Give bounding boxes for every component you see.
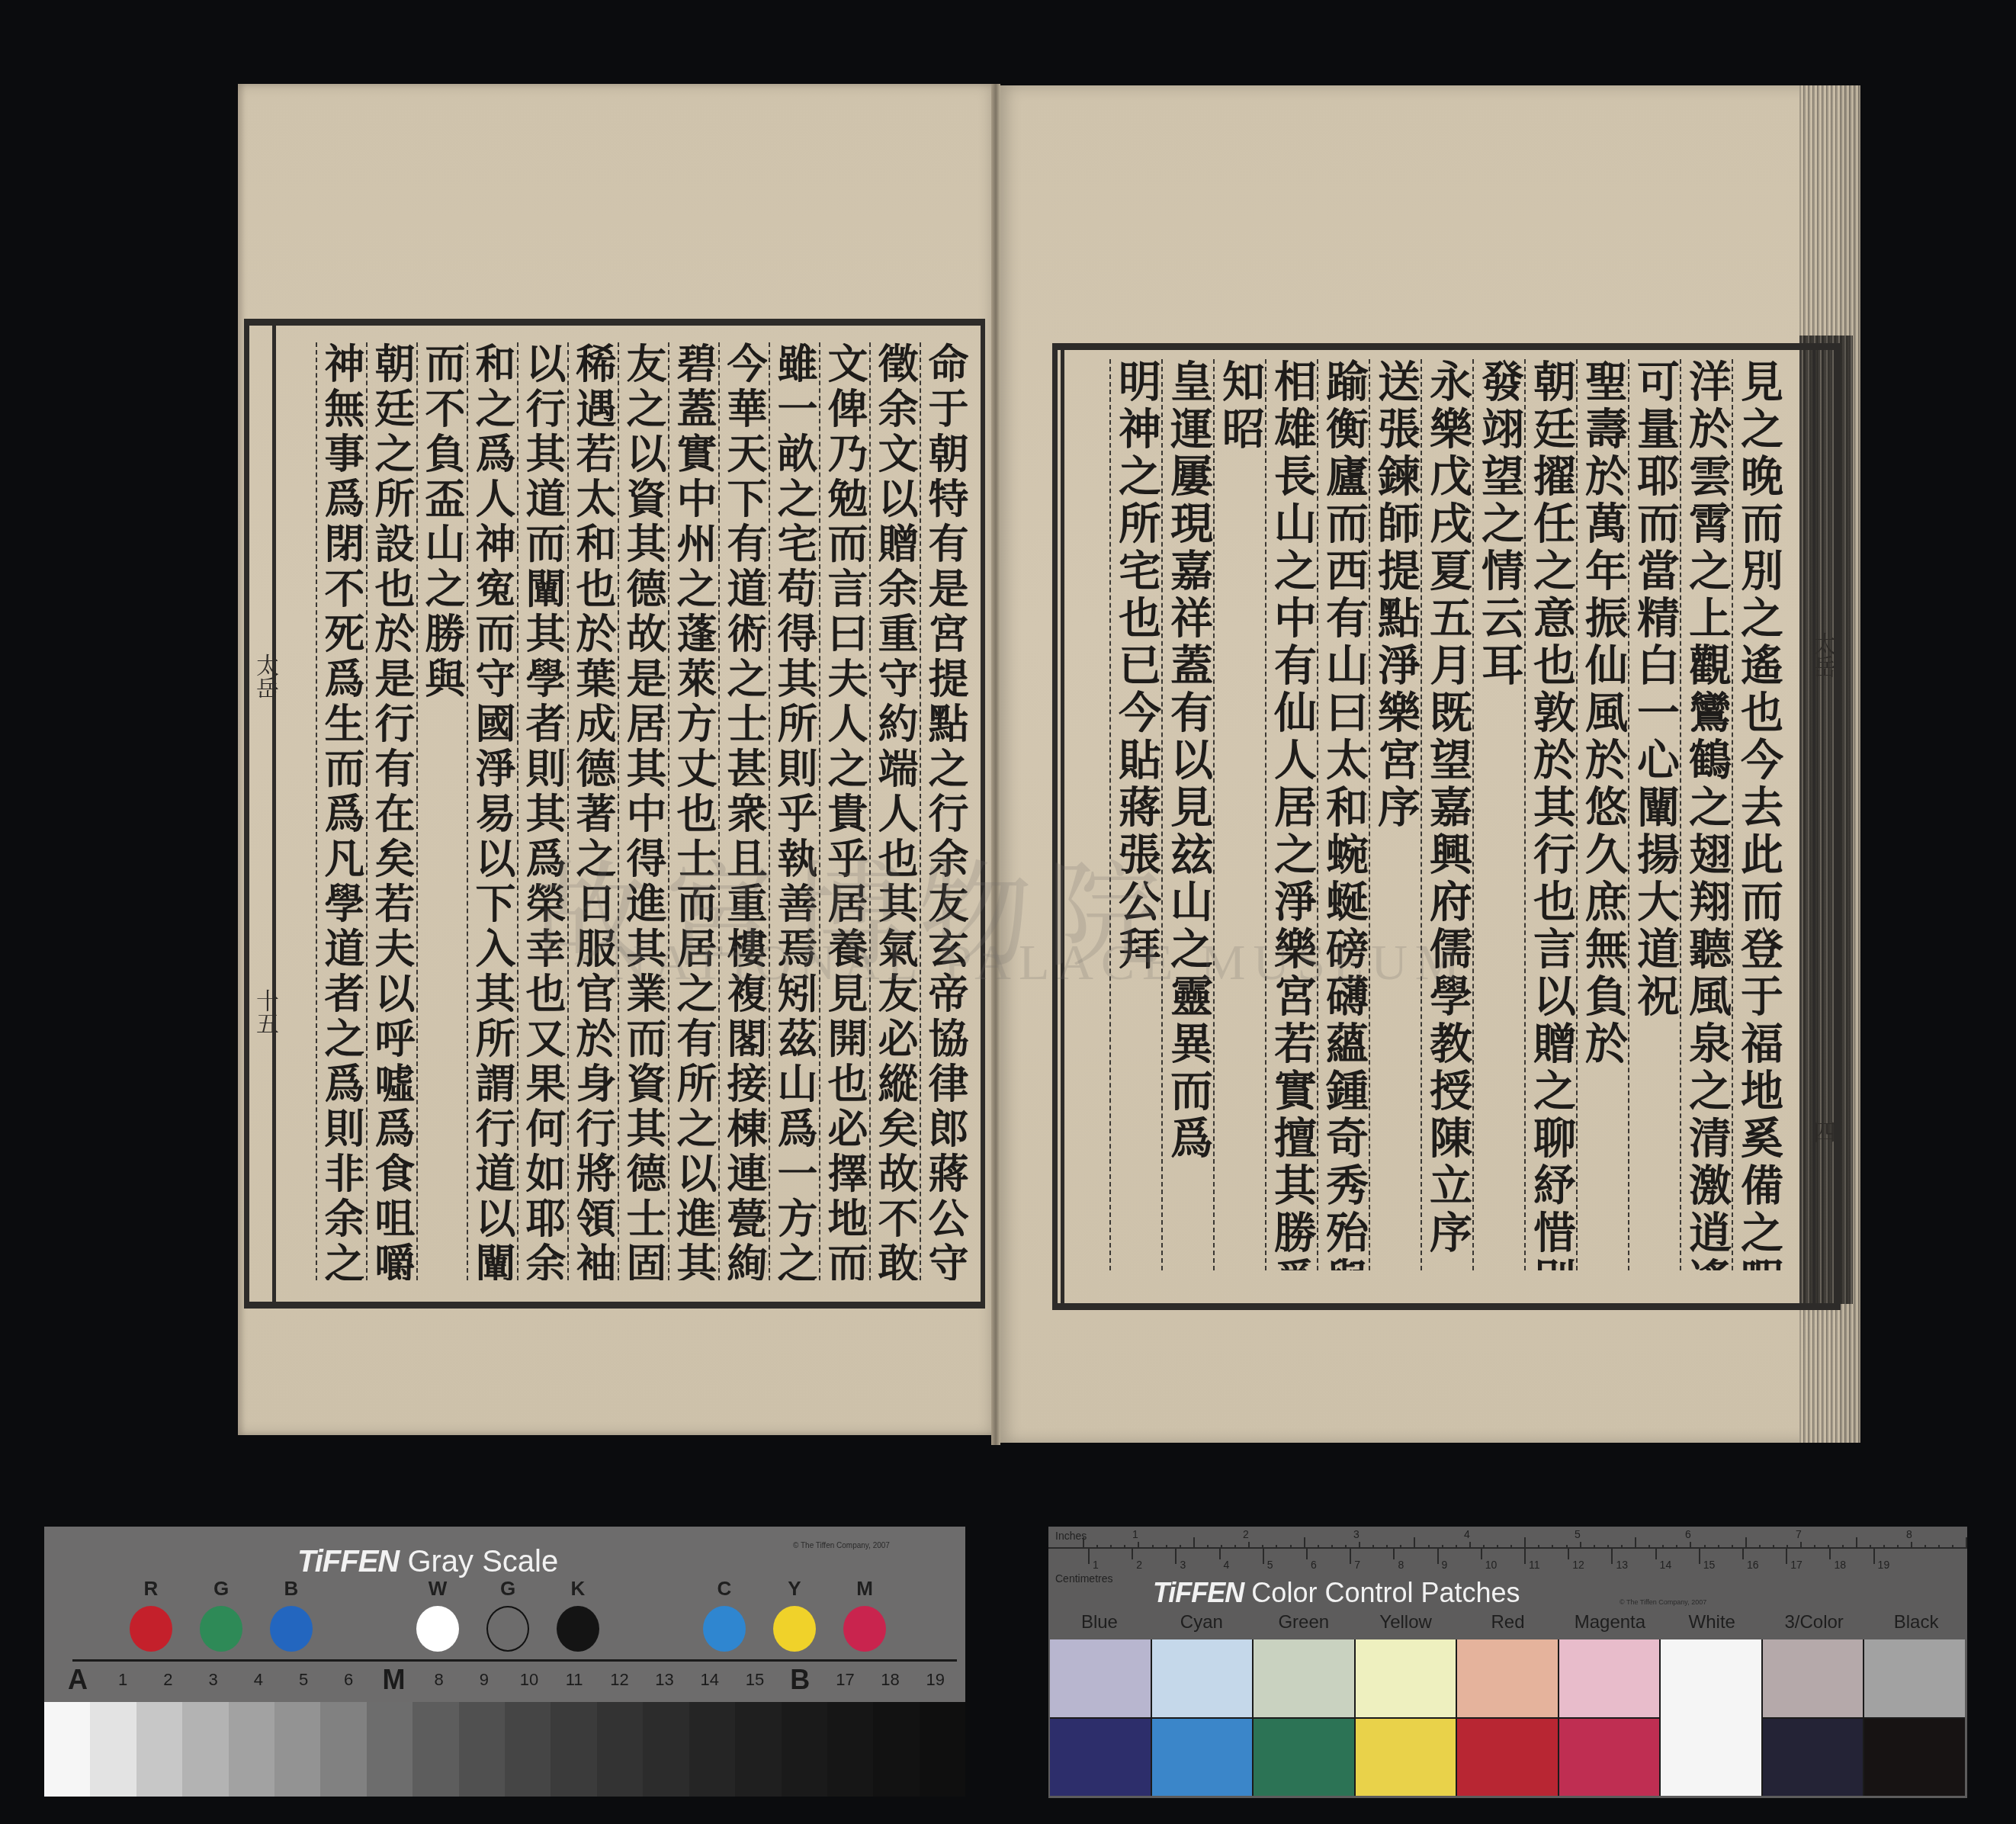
step-label: 6 bbox=[333, 1670, 364, 1690]
patch-light bbox=[1356, 1639, 1456, 1717]
ruler-inch-number: 8 bbox=[1906, 1528, 1912, 1540]
right-banxin-rule bbox=[1812, 350, 1815, 1303]
gray-step bbox=[320, 1702, 366, 1797]
patch-dark bbox=[1152, 1719, 1253, 1797]
patch-label: Cyan bbox=[1151, 1612, 1253, 1633]
ruler-tick-inch bbox=[1856, 1537, 1857, 1548]
gray-scale-title-text: Gray Scale bbox=[407, 1545, 558, 1578]
color-dot bbox=[557, 1606, 599, 1652]
ruler-tick-inch bbox=[1469, 1542, 1471, 1548]
gray-step bbox=[735, 1702, 781, 1797]
ruler-cm-number: 12 bbox=[1572, 1559, 1584, 1571]
gray-step bbox=[274, 1702, 320, 1797]
patch-label: Green bbox=[1253, 1612, 1355, 1633]
ruler-tick-cm bbox=[1611, 1549, 1613, 1564]
ruler-inch-number: 7 bbox=[1796, 1528, 1802, 1540]
ruler-tick-cm bbox=[1175, 1549, 1177, 1564]
color-patch-title: TiFFEN Color Control Patches bbox=[1153, 1577, 1520, 1609]
ruler-cm-number: 1 bbox=[1093, 1559, 1099, 1571]
patch-label: Red bbox=[1457, 1612, 1559, 1633]
text-column: 永樂戊戌夏五月既望嘉興府儒學教授陳立序 bbox=[1421, 359, 1472, 1270]
step-label: 3 bbox=[198, 1670, 229, 1690]
patch-light bbox=[1457, 1639, 1558, 1717]
gray-step bbox=[90, 1702, 136, 1797]
text-column: 徵余文以贈余重守約端人也其氣友必縱矣故不敢以不 bbox=[869, 342, 920, 1280]
text-column: 朝廷之所設也於是行有在矣若夫以呼噓爲食咀嚼爲 bbox=[366, 342, 416, 1280]
ruler-tick-inch bbox=[1704, 1545, 1706, 1549]
patch-light bbox=[1050, 1639, 1151, 1717]
ruler-cm-number: 6 bbox=[1311, 1559, 1317, 1571]
ruler-tick-inch bbox=[1193, 1537, 1195, 1548]
ruler-tick-inch bbox=[1594, 1545, 1595, 1549]
text-column: 友之以資其德故是居其中得進其業而資其德士固以爲 bbox=[618, 342, 668, 1280]
step-label: 9 bbox=[469, 1670, 499, 1690]
ruler-tick-inch bbox=[1510, 1545, 1512, 1549]
ruler-tick-inch bbox=[1290, 1545, 1292, 1549]
step-label: 15 bbox=[740, 1670, 770, 1690]
text-column: 發翊望之情云耳 bbox=[1472, 359, 1524, 1270]
gray-scale-title: TiFFEN Gray Scale bbox=[297, 1545, 558, 1579]
ruler-tick-inch bbox=[1524, 1537, 1526, 1548]
patch-dark bbox=[1356, 1719, 1456, 1797]
ruler-tick-inch bbox=[1497, 1545, 1498, 1549]
ruler-cm-number: 15 bbox=[1703, 1559, 1716, 1571]
ruler-tick-inch bbox=[1207, 1545, 1209, 1549]
ruler-tick-inch bbox=[1759, 1545, 1761, 1549]
ruler-tick-cm bbox=[1655, 1549, 1657, 1559]
patch-light bbox=[1152, 1639, 1253, 1717]
gray-step bbox=[689, 1702, 735, 1797]
ruler-tick-inch bbox=[1621, 1545, 1623, 1549]
ruler-tick-inch bbox=[1166, 1545, 1167, 1549]
ruler-tick-inch bbox=[1180, 1545, 1181, 1549]
ruler-tick-inch bbox=[1870, 1545, 1871, 1549]
ruler-cm-number: 19 bbox=[1878, 1559, 1890, 1571]
ruler-tick-inch bbox=[1966, 1537, 1967, 1548]
gray-step bbox=[413, 1702, 458, 1797]
ruler-tick-cm bbox=[1306, 1549, 1308, 1559]
gray-step bbox=[597, 1702, 643, 1797]
gray-step bbox=[505, 1702, 551, 1797]
dot-label: Y bbox=[779, 1577, 810, 1601]
ruler-tick-inch bbox=[1635, 1537, 1636, 1548]
step-label: 10 bbox=[514, 1670, 544, 1690]
ruler-tick-inch bbox=[1648, 1545, 1650, 1549]
step-label: 12 bbox=[604, 1670, 634, 1690]
step-label: B bbox=[785, 1664, 815, 1696]
right-page-text-columns: 見之晚而別之遙也今去此而登于福地奚備之暇踏上洋 洋於雲霄之上觀鸞鶴之翅翔聽風泉之… bbox=[1109, 359, 1783, 1270]
color-patch-title-text: Color Control Patches bbox=[1251, 1577, 1520, 1608]
ruler-tick-inch bbox=[1897, 1545, 1899, 1549]
text-column: 明神之所宅也已今貼蔣張公拜 bbox=[1109, 359, 1161, 1270]
dot-label: G bbox=[493, 1577, 523, 1601]
right-banxin-title: 太岳 bbox=[1805, 632, 1838, 678]
patch-dark bbox=[1457, 1719, 1558, 1797]
ruler-tick-cm bbox=[1699, 1549, 1700, 1564]
ruler-inch-number: 6 bbox=[1685, 1528, 1691, 1540]
gray-step bbox=[367, 1702, 413, 1797]
ruler-tick-cm bbox=[1742, 1549, 1744, 1559]
gray-step bbox=[136, 1702, 182, 1797]
ruler-tick-inch bbox=[1690, 1542, 1691, 1548]
ruler-cm-number: 11 bbox=[1529, 1559, 1540, 1571]
step-label: 8 bbox=[424, 1670, 454, 1690]
right-folio-number: 四 bbox=[1805, 1120, 1838, 1143]
step-label: 11 bbox=[559, 1670, 589, 1690]
ruler-tick-cm bbox=[1481, 1549, 1482, 1559]
ruler-tick-inch bbox=[1276, 1545, 1277, 1549]
ruler-tick-inch bbox=[1331, 1545, 1333, 1549]
left-page-text-frame: 太岳 十五 命于朝特有是宮提點之行余友玄帝協律郎蔣公守約來 徵余文以贈余重守約端… bbox=[244, 319, 985, 1309]
patch-label: Yellow bbox=[1355, 1612, 1457, 1633]
color-dot bbox=[130, 1606, 172, 1652]
ruler-tick-inch bbox=[1483, 1545, 1485, 1549]
ruler-tick-cm bbox=[1786, 1549, 1787, 1564]
ruler-tick-inch bbox=[1676, 1545, 1677, 1549]
ruler-cm-number: 5 bbox=[1267, 1559, 1273, 1571]
ruler-tick-inch bbox=[1607, 1545, 1609, 1549]
ruler-tick-cm bbox=[1873, 1549, 1875, 1564]
ruler-inch-number: 5 bbox=[1575, 1528, 1581, 1540]
book-gutter bbox=[991, 84, 1000, 1445]
ruler-tick-inch bbox=[1814, 1545, 1815, 1549]
gray-step bbox=[459, 1702, 505, 1797]
ruler-tick-cm bbox=[1263, 1549, 1264, 1564]
step-label: 13 bbox=[650, 1670, 680, 1690]
ruler-tick-inch bbox=[1083, 1537, 1084, 1548]
ruler-tick-cm bbox=[1437, 1549, 1439, 1564]
ruler-tick-inch bbox=[1580, 1542, 1581, 1548]
ruler-tick-inch bbox=[1400, 1545, 1401, 1549]
ruler-tick-cm bbox=[1568, 1549, 1569, 1559]
tiffen-logo: TiFFEN bbox=[297, 1545, 399, 1578]
step-label: 14 bbox=[695, 1670, 725, 1690]
patch-light bbox=[1661, 1639, 1761, 1796]
ruler-tick-inch bbox=[1318, 1545, 1319, 1549]
left-page-text-columns: 命于朝特有是宮提點之行余友玄帝協律郎蔣公守約來 徵余文以贈余重守約端人也其氣友必… bbox=[316, 342, 970, 1280]
color-dot bbox=[486, 1606, 529, 1652]
color-dot bbox=[843, 1606, 886, 1652]
gray-scale-divider bbox=[72, 1659, 957, 1662]
text-column: 相雄長山之中有仙人居之淨樂宮若實擅其勝爲遊者 bbox=[1265, 359, 1317, 1270]
text-column: 踰衡廬而西有山曰太和蜿蜒磅礴蘊鍾奇秀殆與五岳 bbox=[1317, 359, 1369, 1270]
ruler-tick-cm bbox=[1219, 1549, 1221, 1559]
color-dot bbox=[200, 1606, 242, 1652]
step-label: 19 bbox=[920, 1670, 951, 1690]
ruler-tick-cm bbox=[1132, 1549, 1133, 1559]
ruler-tick-inch bbox=[1842, 1545, 1844, 1549]
gray-step bbox=[44, 1702, 90, 1797]
step-label: 18 bbox=[875, 1670, 906, 1690]
ruler-inch-number: 1 bbox=[1132, 1528, 1138, 1540]
dot-label: K bbox=[563, 1577, 593, 1601]
step-label: 2 bbox=[152, 1670, 183, 1690]
ruler-inch-number: 2 bbox=[1243, 1528, 1249, 1540]
patch-dark bbox=[1763, 1719, 1864, 1797]
ruler-tick-inch bbox=[1552, 1545, 1553, 1549]
ruler-tick-inch bbox=[1124, 1545, 1125, 1549]
ruler-tick-inch bbox=[1359, 1542, 1360, 1548]
ruler-cm-number: 2 bbox=[1136, 1559, 1142, 1571]
color-patch-labels: BlueCyanGreenYellowRedMagentaWhite3/Colo… bbox=[1048, 1612, 1967, 1633]
ruler-tick-inch bbox=[1345, 1545, 1347, 1549]
color-dot bbox=[703, 1606, 746, 1652]
dot-label: C bbox=[709, 1577, 740, 1601]
ruler-tick-inch bbox=[1110, 1545, 1112, 1549]
step-label: 5 bbox=[288, 1670, 319, 1690]
ruler-tick-inch bbox=[1883, 1545, 1885, 1549]
dot-label: M bbox=[849, 1577, 880, 1601]
ruler-cm-number: 10 bbox=[1485, 1559, 1498, 1571]
dot-label: G bbox=[206, 1577, 236, 1601]
patch-light bbox=[1864, 1639, 1965, 1717]
text-column: 洋於雲霄之上觀鸞鶴之翅翔聽風泉之清激逍遙之樂詎 bbox=[1680, 359, 1732, 1270]
patch-dark bbox=[1864, 1719, 1965, 1797]
color-patch-copyright: © The Tiffen Company, 2007 bbox=[1620, 1598, 1706, 1606]
ruler-tick-inch bbox=[1800, 1542, 1802, 1548]
ruler-tick-inch bbox=[1911, 1542, 1912, 1548]
gray-scale-steps bbox=[44, 1702, 965, 1797]
step-label: 4 bbox=[243, 1670, 274, 1690]
color-patch-grid bbox=[1050, 1639, 1965, 1796]
patch-light bbox=[1763, 1639, 1864, 1717]
patch-dark bbox=[1559, 1719, 1660, 1797]
ruler-tick-inch bbox=[1372, 1545, 1374, 1549]
patch-light bbox=[1559, 1639, 1660, 1717]
ruler-cm-number: 18 bbox=[1834, 1559, 1846, 1571]
text-column: 稀遇若太和也於葉成德著之日服官於身行將領袖真徒 bbox=[567, 342, 618, 1280]
ruler-tick-inch bbox=[1745, 1537, 1747, 1548]
left-banxin-rule bbox=[272, 326, 276, 1302]
ruler-tick-inch bbox=[1456, 1545, 1457, 1549]
ruler-tick-inch bbox=[1442, 1545, 1443, 1549]
ruler-tick-inch bbox=[1662, 1545, 1664, 1549]
ruler-tick-cm bbox=[1350, 1549, 1351, 1564]
ruler-cm-number: 9 bbox=[1442, 1559, 1448, 1571]
text-column: 今華天下有道術之士甚衆且重樓複閣接棟連甍絢爛金 bbox=[718, 342, 769, 1280]
tiffen-logo: TiFFEN bbox=[1153, 1577, 1244, 1608]
gray-step bbox=[873, 1702, 919, 1797]
color-dot bbox=[416, 1606, 459, 1652]
ruler-tick-inch bbox=[1732, 1545, 1733, 1549]
text-column: 皇運屢現嘉祥蓋有以見玆山之靈異而爲 bbox=[1161, 359, 1213, 1270]
ruler-tick-cm bbox=[1829, 1549, 1831, 1559]
ruler-tick-inch bbox=[1538, 1545, 1539, 1549]
ruler-tick-inch bbox=[1096, 1545, 1098, 1549]
text-column: 朝廷擢任之意也敦於其行也言以贈之聊紓惜別之意以 bbox=[1524, 359, 1576, 1270]
gray-step bbox=[920, 1702, 965, 1797]
ruler-tick-inch bbox=[1952, 1545, 1953, 1549]
patch-dark bbox=[1050, 1719, 1151, 1797]
ruler-cm-number: 14 bbox=[1660, 1559, 1672, 1571]
dot-label: W bbox=[422, 1577, 453, 1601]
ruler-cm-number: 8 bbox=[1398, 1559, 1404, 1571]
ruler-tick-cm bbox=[1088, 1549, 1090, 1564]
step-label: M bbox=[378, 1664, 409, 1696]
gray-step bbox=[229, 1702, 274, 1797]
text-column: 文俾乃勉而言曰夫人之貴乎居養見開也必擇地而處之 bbox=[819, 342, 869, 1280]
text-column: 雖一畝之宅苟得其所則乎執善焉矧茲山爲一方之具瞻 bbox=[769, 342, 819, 1280]
text-column: 以行其道而闡其學者則其爲榮幸也又果何如耶余聞太 bbox=[517, 342, 567, 1280]
ruler-tick-inch bbox=[1248, 1542, 1250, 1548]
patch-light bbox=[1254, 1639, 1354, 1717]
ruler-tick-inch bbox=[1234, 1545, 1236, 1549]
color-dot bbox=[773, 1606, 816, 1652]
gray-step bbox=[782, 1702, 827, 1797]
step-label: A bbox=[63, 1664, 93, 1696]
patch-label: Blue bbox=[1048, 1612, 1151, 1633]
gray-scale-copyright: © The Tiffen Company, 2007 bbox=[793, 1542, 890, 1550]
text-column: 見之晚而別之遙也今去此而登于福地奚備之暇踏上洋 bbox=[1732, 359, 1783, 1270]
text-column: 可量耶而當精白一心闡揚大道祝 bbox=[1628, 359, 1680, 1270]
ruler-cm-number: 13 bbox=[1616, 1559, 1628, 1571]
ruler-tick-inch bbox=[1566, 1545, 1568, 1549]
gray-step bbox=[827, 1702, 873, 1797]
text-column: 送張鍊師提點淨樂宮序 bbox=[1369, 359, 1421, 1270]
ruler-inch-number: 3 bbox=[1353, 1528, 1360, 1540]
gray-step bbox=[182, 1702, 228, 1797]
text-column: 神無事爲閉不死爲生而爲凡學道者之爲則非余之所望 bbox=[316, 342, 366, 1280]
ruler-tick-inch bbox=[1925, 1545, 1926, 1549]
text-column: 而不負盃山之勝與 bbox=[416, 342, 467, 1280]
patch-dark bbox=[1254, 1719, 1354, 1797]
museum-watermark-subtext: NATIONAL PALACE MUSEUM bbox=[610, 934, 1468, 992]
ruler-tick-inch bbox=[1386, 1545, 1388, 1549]
text-column: 知昭 bbox=[1213, 359, 1265, 1270]
ruler-cm-number: 3 bbox=[1180, 1559, 1186, 1571]
text-column: 命于朝特有是宮提點之行余友玄帝協律郎蔣公守約來 bbox=[920, 342, 970, 1280]
color-dot bbox=[270, 1606, 313, 1652]
ruler-tick-cm bbox=[1524, 1549, 1526, 1564]
patch-label: White bbox=[1661, 1612, 1763, 1633]
ruler-cm-label: Centimetres bbox=[1055, 1572, 1112, 1585]
ruler-cm-number: 16 bbox=[1747, 1559, 1759, 1571]
patch-label: Magenta bbox=[1559, 1612, 1661, 1633]
ruler-tick-inch bbox=[1718, 1545, 1719, 1549]
text-column: 和之爲人神寃而守國淨易以下入其所謂行道以闡其學 bbox=[467, 342, 517, 1280]
dot-label: B bbox=[276, 1577, 307, 1601]
left-banxin-title: 太岳 bbox=[248, 653, 281, 699]
ruler-tick-inch bbox=[1221, 1545, 1222, 1549]
dot-label: R bbox=[136, 1577, 166, 1601]
step-label: 17 bbox=[830, 1670, 860, 1690]
ruler-cm-number: 4 bbox=[1224, 1559, 1230, 1571]
patch-label: 3/Color bbox=[1763, 1612, 1865, 1633]
ruler-tick-inch bbox=[1938, 1545, 1940, 1549]
text-column: 碧蓋實中州之蓬萊方丈也士而居之有所之以進其業有 bbox=[668, 342, 718, 1280]
ruler-tick-cm bbox=[1393, 1549, 1395, 1559]
ruler-cm-number: 17 bbox=[1790, 1559, 1803, 1571]
ruler-tick-inch bbox=[1773, 1545, 1774, 1549]
ruler-tick-inch bbox=[1152, 1545, 1154, 1549]
text-column: 聖壽於萬年振仙風於悠久庶無負於 bbox=[1576, 359, 1628, 1270]
ruler-tick-inch bbox=[1428, 1545, 1430, 1549]
patch-label: Black bbox=[1865, 1612, 1967, 1633]
ruler-cm-number: 7 bbox=[1354, 1559, 1360, 1571]
gray-step bbox=[551, 1702, 596, 1797]
left-folio-number: 十五 bbox=[248, 989, 281, 1035]
ruler-tick-inch bbox=[1304, 1537, 1305, 1548]
ruler-tick-inch bbox=[1138, 1542, 1139, 1548]
ruler-tick-inch bbox=[1414, 1537, 1415, 1548]
step-label: 1 bbox=[108, 1670, 138, 1690]
gray-step bbox=[643, 1702, 689, 1797]
ruler-inch-number: 4 bbox=[1464, 1528, 1470, 1540]
